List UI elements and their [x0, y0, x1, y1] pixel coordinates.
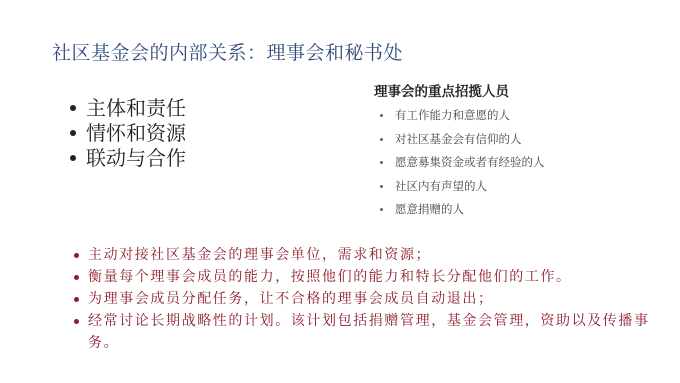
key-point-label: 主体和责任 [86, 96, 186, 120]
duty-label: 主动对接社区基金会的理事会单位，需求和资源； [88, 247, 431, 263]
bullet-icon [74, 319, 79, 324]
bullet-icon [70, 105, 76, 111]
recruit-item: 有工作能力和意愿的人 [374, 104, 545, 128]
duty-item: 衡量每个理事会成员的能力，按照他们的能力和特长分配他们的工作。 [74, 266, 654, 288]
bullet-icon [380, 138, 383, 141]
bullet-icon [380, 114, 383, 117]
bullet-icon [380, 208, 383, 211]
bullet-icon [70, 155, 76, 161]
bullet-icon [74, 297, 79, 302]
key-point-label: 联动与合作 [86, 146, 186, 170]
duty-label: 经常讨论长期战略性的计划。该计划包括捐赠管理，基金会管理，资助以及传播事务。 [88, 313, 650, 351]
key-points-list: 主体和责任 情怀和资源 联动与合作 [70, 96, 186, 171]
duty-label: 衡量每个理事会成员的能力，按照他们的能力和特长分配他们的工作。 [88, 269, 572, 285]
recruit-item: 社区内有声望的人 [374, 175, 545, 199]
recruit-item-label: 对社区基金会有信仰的人 [395, 132, 522, 146]
recruit-item: 愿意捐赠的人 [374, 198, 545, 222]
key-point: 情怀和资源 [70, 121, 186, 146]
duties-list: 主动对接社区基金会的理事会单位，需求和资源； 衡量每个理事会成员的能力，按照他们… [74, 244, 654, 354]
bullet-icon [74, 275, 79, 280]
duty-label: 为理事会成员分配任务，让不合格的理事会成员自动退出； [88, 291, 494, 307]
recruit-item: 对社区基金会有信仰的人 [374, 128, 545, 152]
key-point-label: 情怀和资源 [86, 121, 186, 145]
key-point: 主体和责任 [70, 96, 186, 121]
bullet-icon [70, 130, 76, 136]
recruit-item-label: 愿意捐赠的人 [395, 202, 464, 216]
duty-item: 主动对接社区基金会的理事会单位，需求和资源； [74, 244, 654, 266]
recruit-list: 有工作能力和意愿的人 对社区基金会有信仰的人 愿意募集资金或者有经验的人 社区内… [374, 104, 545, 222]
bullet-icon [380, 185, 383, 188]
key-point: 联动与合作 [70, 146, 186, 171]
bullet-icon [380, 161, 383, 164]
slide-title: 社区基金会的内部关系：理事会和秘书处 [52, 38, 403, 65]
bullet-icon [74, 253, 79, 258]
recruit-item: 愿意募集资金或者有经验的人 [374, 151, 545, 175]
recruit-heading: 理事会的重点招揽人员 [374, 80, 545, 100]
recruit-item-label: 有工作能力和意愿的人 [395, 108, 510, 122]
recruit-box: 理事会的重点招揽人员 有工作能力和意愿的人 对社区基金会有信仰的人 愿意募集资金… [374, 80, 545, 222]
recruit-item-label: 社区内有声望的人 [395, 179, 487, 193]
recruit-item-label: 愿意募集资金或者有经验的人 [395, 155, 545, 169]
duty-item: 经常讨论长期战略性的计划。该计划包括捐赠管理，基金会管理，资助以及传播事务。 [74, 310, 654, 354]
duty-item: 为理事会成员分配任务，让不合格的理事会成员自动退出； [74, 288, 654, 310]
